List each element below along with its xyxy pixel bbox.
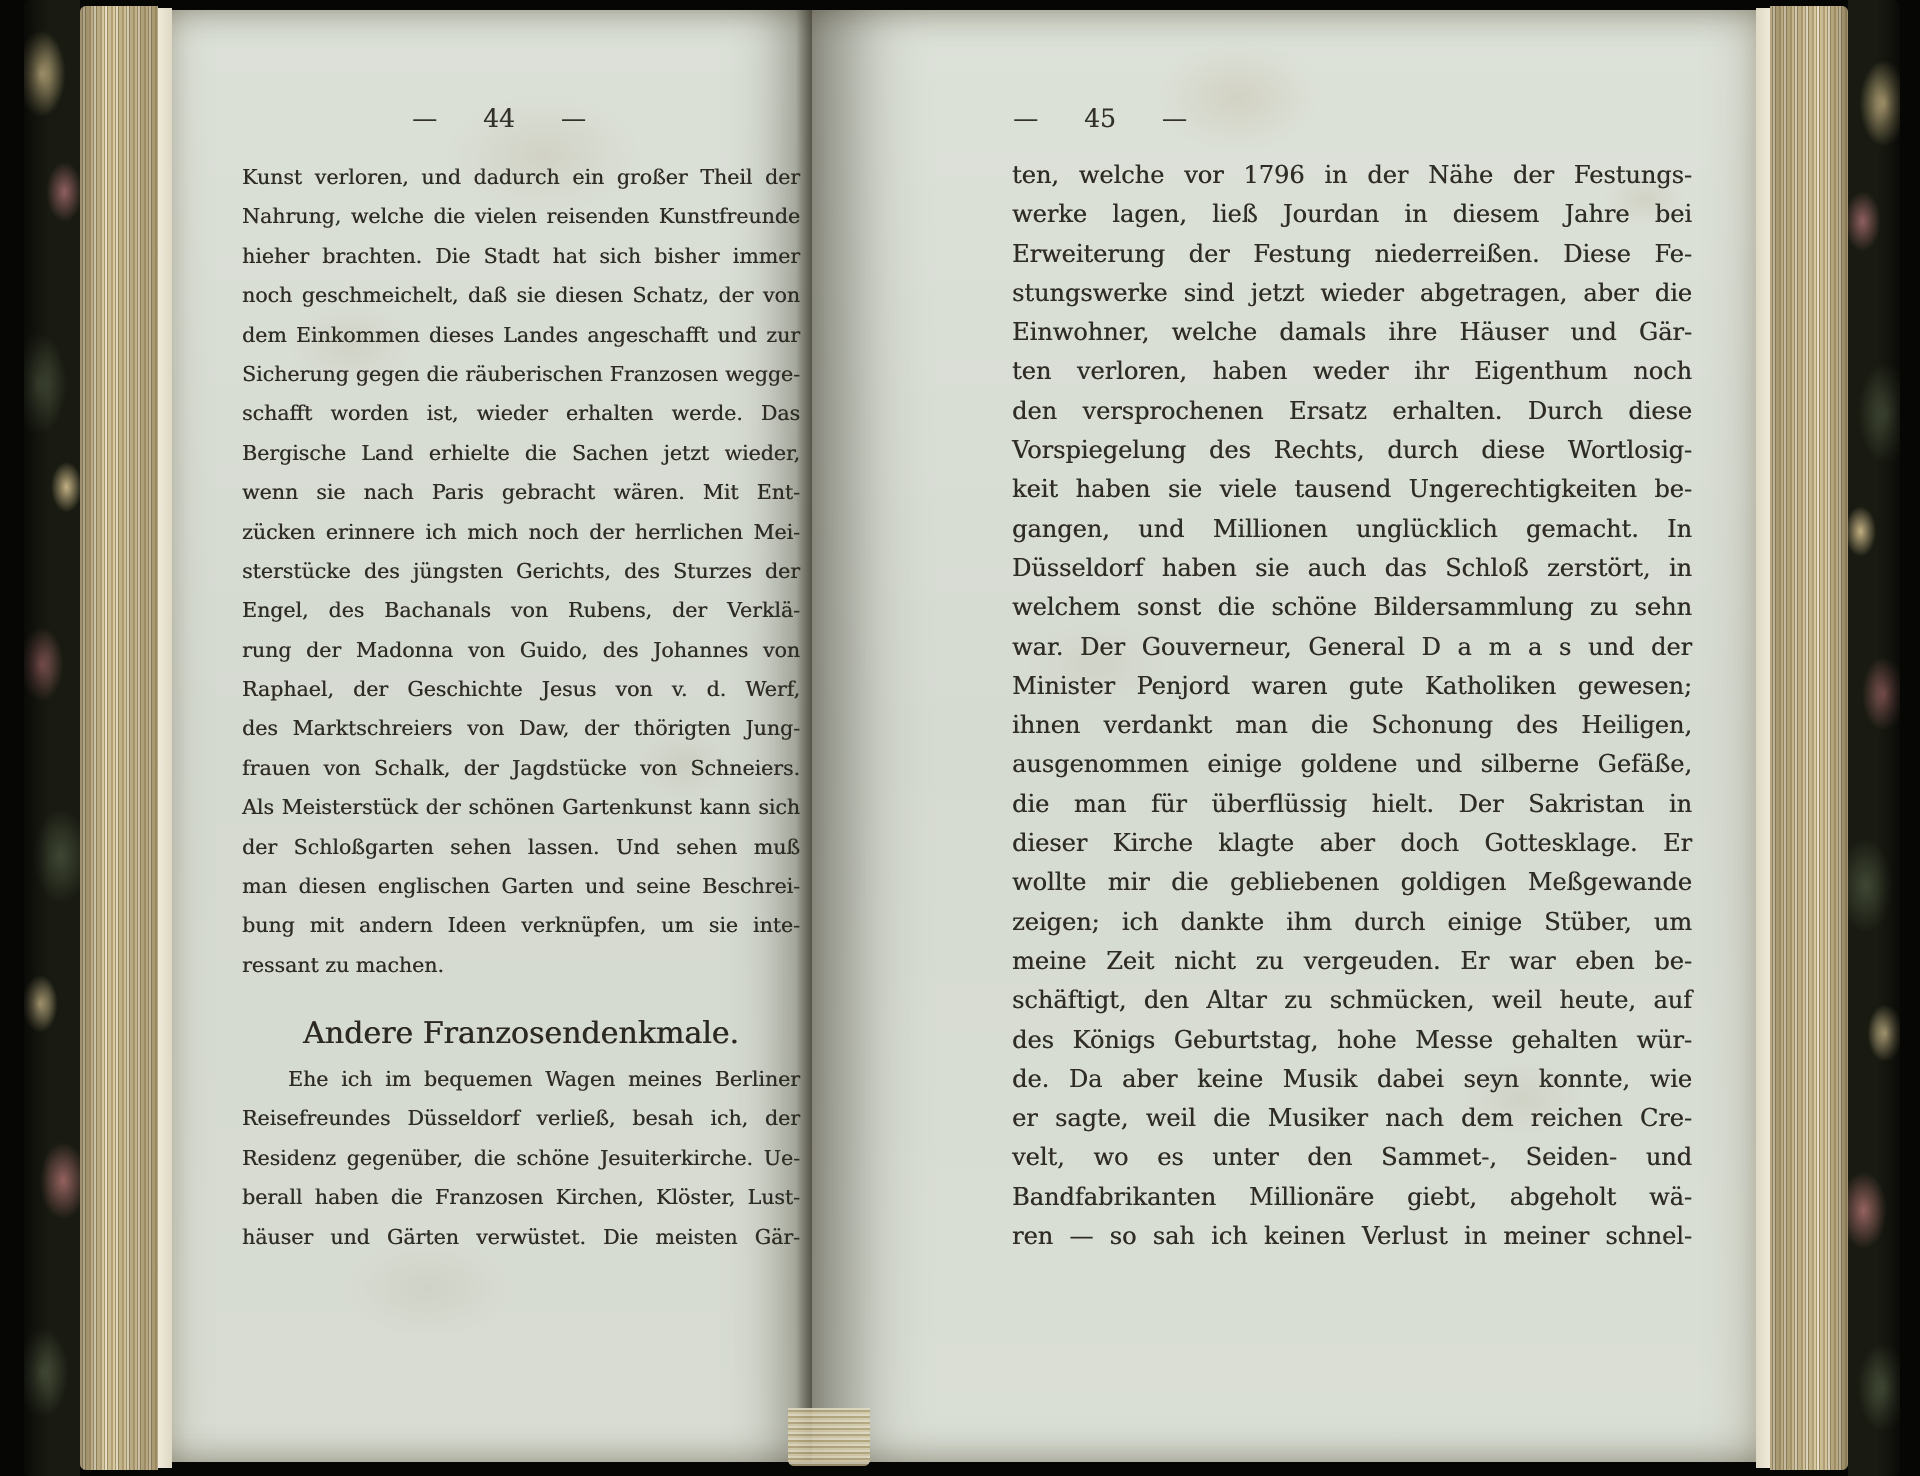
text-line: wollte mir die gebliebenen goldigen Meßg…: [1012, 863, 1692, 902]
text-line: meine Zeit nicht zu vergeuden. Er war eb…: [1012, 942, 1692, 981]
text-line: Sicherung gegen die räuberischen Franzos…: [242, 355, 800, 394]
left-page-number: 44: [483, 104, 515, 133]
text-line: bung mit andern Ideen verknüpfen, um sie…: [242, 906, 800, 945]
right-page-number: 45: [1084, 104, 1116, 133]
text-line: ten, welche vor 1796 in der Nähe der Fes…: [1012, 156, 1692, 195]
text-line: wenn sie nach Paris gebracht wären. Mit …: [242, 473, 800, 512]
text-line: dem Einkommen dieses Landes angeschafft …: [242, 316, 800, 355]
text-line: zücken erinnere ich mich noch der herrli…: [242, 513, 800, 552]
text-line: welchem sonst die schöne Bildersammlung …: [1012, 588, 1692, 627]
text-line: Residenz gegenüber, die schöne Jesuiterk…: [242, 1139, 800, 1178]
header-dash: —: [1013, 104, 1038, 133]
text-line: werke lagen, ließ Jourdan in diesem Jahr…: [1012, 195, 1692, 234]
right-leaf-rim: [1756, 8, 1770, 1468]
text-line: Einwohner, welche damals ihre Häuser und…: [1012, 313, 1692, 352]
text-line: Raphael, der Geschichte Jesus von v. d. …: [242, 670, 800, 709]
left-page-fore-edge: [80, 6, 158, 1470]
text-line: Engel, des Bachanals von Rubens, der Ver…: [242, 591, 800, 630]
text-line: Minister Penjord waren gute Katholiken g…: [1012, 667, 1692, 706]
text-line: Ehe ich im bequemen Wagen meines Berline…: [242, 1060, 800, 1099]
text-line: noch geschmeichelt, daß sie diesen Schat…: [242, 276, 800, 315]
text-line: die man für überflüssig hielt. Der Sakri…: [1012, 785, 1692, 824]
text-line: Kunst verloren, und dadurch ein großer T…: [242, 158, 800, 197]
text-line: Bergische Land erhielte die Sachen jetzt…: [242, 434, 800, 473]
text-line: Düsseldorf haben sie auch das Schloß zer…: [1012, 549, 1692, 588]
text-line: häuser und Gärten verwüstet. Die meisten…: [242, 1218, 800, 1257]
text-line: man diesen englischen Garten und seine B…: [242, 867, 800, 906]
text-line: war. Der Gouverneur, General D a m a s u…: [1012, 628, 1692, 667]
text-line: frauen von Schalk, der Jagdstücke von Sc…: [242, 749, 800, 788]
bottom-page-edges: [788, 1408, 870, 1466]
text-line: ihnen verdankt man die Schonung des Heil…: [1012, 706, 1692, 745]
text-line: ressant zu machen.: [242, 946, 800, 985]
text-line: gangen, und Millionen unglücklich gemach…: [1012, 510, 1692, 549]
text-line: schäftigt, den Altar zu schmücken, weil …: [1012, 981, 1692, 1020]
left-leaf-rim: [158, 8, 172, 1468]
text-line: hieher brachten. Die Stadt hat sich bish…: [242, 237, 800, 276]
left-page-paragraph: Kunst verloren, und dadurch ein großer T…: [242, 158, 800, 985]
text-line: dieser Kirche klagte aber doch Gotteskla…: [1012, 824, 1692, 863]
left-marbled-cover-edge: [24, 0, 80, 1476]
text-line: zeigen; ich dankte ihm durch einige Stüb…: [1012, 903, 1692, 942]
header-dash: —: [561, 104, 586, 133]
text-line: berall haben die Franzosen Kirchen, Klös…: [242, 1178, 800, 1217]
text-line: ten verloren, haben weder ihr Eigenthum …: [1012, 352, 1692, 391]
text-line: stungswerke sind jetzt wieder abgetragen…: [1012, 274, 1692, 313]
right-page-header: — 45 —: [1000, 104, 1200, 133]
header-dash: —: [1162, 104, 1187, 133]
text-line: Reisefreundes Düsseldorf verließ, besah …: [242, 1099, 800, 1138]
text-line: sterstücke des jüngsten Gerichts, des St…: [242, 552, 800, 591]
text-line: des Marktschreiers von Daw, der thörigte…: [242, 709, 800, 748]
text-line: velt, wo es unter den Sammet-, Seiden- u…: [1012, 1138, 1692, 1177]
right-page-paragraph: ten, welche vor 1796 in der Nähe der Fes…: [1012, 156, 1692, 1256]
text-line: keit haben sie viele tausend Ungerechtig…: [1012, 470, 1692, 509]
text-line: Nahrung, welche die vielen reisenden Kun…: [242, 197, 800, 236]
left-page: — 44 — Kunst verloren, und dadurch ein g…: [172, 10, 812, 1462]
book-photograph: — 44 — Kunst verloren, und dadurch ein g…: [0, 0, 1920, 1476]
text-line: der Schloßgarten sehen lassen. Und sehen…: [242, 828, 800, 867]
text-line: de. Da aber keine Musik dabei seyn konnt…: [1012, 1060, 1692, 1099]
right-page: — 45 — ten, welche vor 1796 in der Nähe …: [812, 10, 1758, 1462]
text-line: des Königs Geburtstag, hohe Messe gehalt…: [1012, 1021, 1692, 1060]
text-line: er sagte, weil die Musiker nach dem reic…: [1012, 1099, 1692, 1138]
left-page-header: — 44 —: [214, 104, 784, 133]
text-line: schafft worden ist, wieder erhalten werd…: [242, 394, 800, 433]
text-line: rung der Madonna von Guido, des Johannes…: [242, 631, 800, 670]
text-line: den versprochenen Ersatz erhalten. Durch…: [1012, 392, 1692, 431]
right-marbled-cover-edge: [1848, 0, 1900, 1476]
section-heading: Andere Franzosendenkmale.: [242, 1016, 800, 1051]
text-line: Erweiterung der Festung niederreißen. Di…: [1012, 235, 1692, 274]
text-line: ren — so sah ich keinen Verlust in meine…: [1012, 1217, 1692, 1256]
right-page-fore-edge: [1770, 6, 1848, 1470]
header-dash: —: [412, 104, 437, 133]
text-line: Vorspiegelung des Rechts, durch diese Wo…: [1012, 431, 1692, 470]
text-line: ausgenommen einige goldene und silberne …: [1012, 745, 1692, 784]
text-line: Als Meisterstück der schönen Gartenkunst…: [242, 788, 800, 827]
text-line: Bandfabrikanten Millionäre giebt, abgeho…: [1012, 1178, 1692, 1217]
left-page-second-paragraph: Ehe ich im bequemen Wagen meines Berline…: [242, 1060, 800, 1257]
